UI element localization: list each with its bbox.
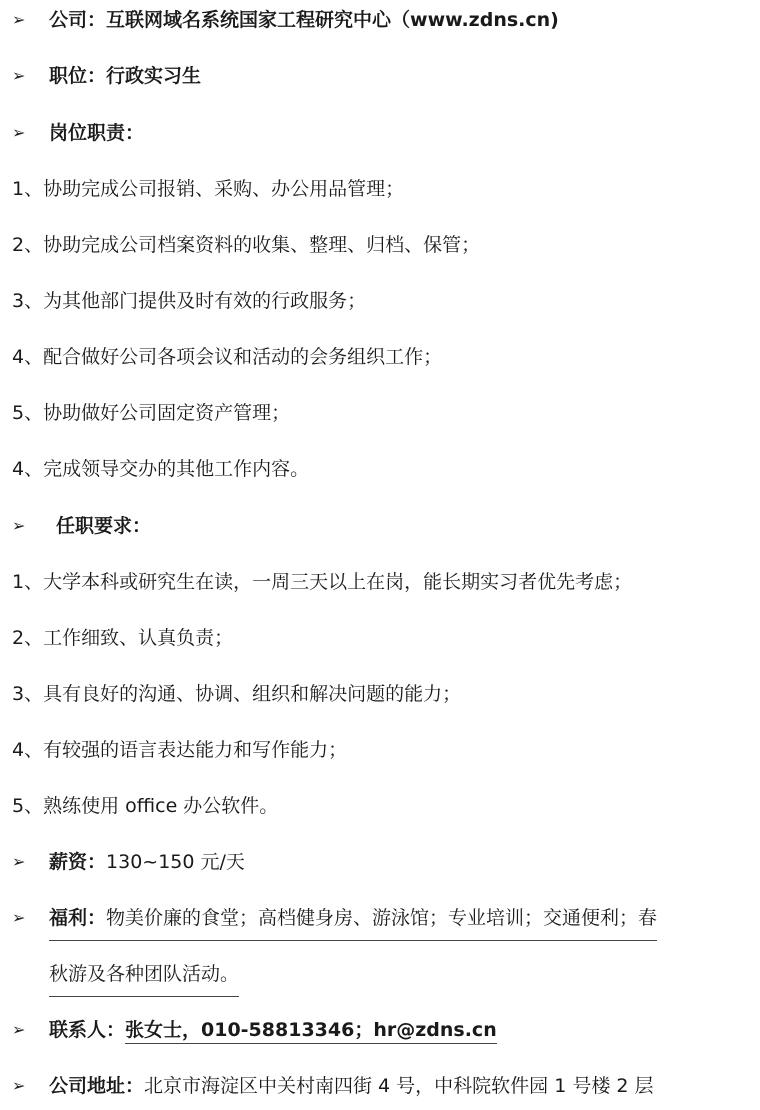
arrow-bullet-icon: ➢ <box>12 1066 32 1106</box>
contact-value: 张女士，010-58813346；hr@zdns.cn <box>125 1019 497 1044</box>
position-value: 行政实习生 <box>106 65 201 87</box>
requirements-heading: 任职要求： <box>56 506 151 546</box>
salary-label: 薪资： <box>49 851 106 873</box>
contact-label: 联系人： <box>49 1019 125 1041</box>
company-label: 公司： <box>49 9 106 31</box>
benefits-label: 福利： <box>49 907 106 929</box>
benefits-value-continued: 秋游及各种团队活动。 <box>49 954 239 997</box>
arrow-bullet-icon: ➢ <box>12 1010 32 1050</box>
arrow-bullet-icon: ➢ <box>12 898 32 938</box>
address-value: 北京市海淀区中关村南四街 4 号，中科院软件园 1 号楼 2 层 <box>144 1075 654 1097</box>
salary-value: 130~150 元/天 <box>106 851 245 873</box>
arrow-bullet-icon: ➢ <box>12 842 32 882</box>
arrow-bullet-icon: ➢ <box>12 506 32 546</box>
address-label: 公司地址： <box>49 1075 144 1097</box>
arrow-bullet-icon: ➢ <box>12 113 32 153</box>
company-value: 互联网域名系统国家工程研究中心（www.zdns.cn) <box>106 9 559 31</box>
arrow-bullet-icon: ➢ <box>12 56 32 96</box>
benefits-value: 物美价廉的食堂；高档健身房、游泳馆；专业培训；交通便利；春 <box>106 907 657 929</box>
position-label: 职位： <box>49 65 106 87</box>
duties-heading: 岗位职责： <box>49 113 144 153</box>
arrow-bullet-icon: ➢ <box>12 0 32 40</box>
